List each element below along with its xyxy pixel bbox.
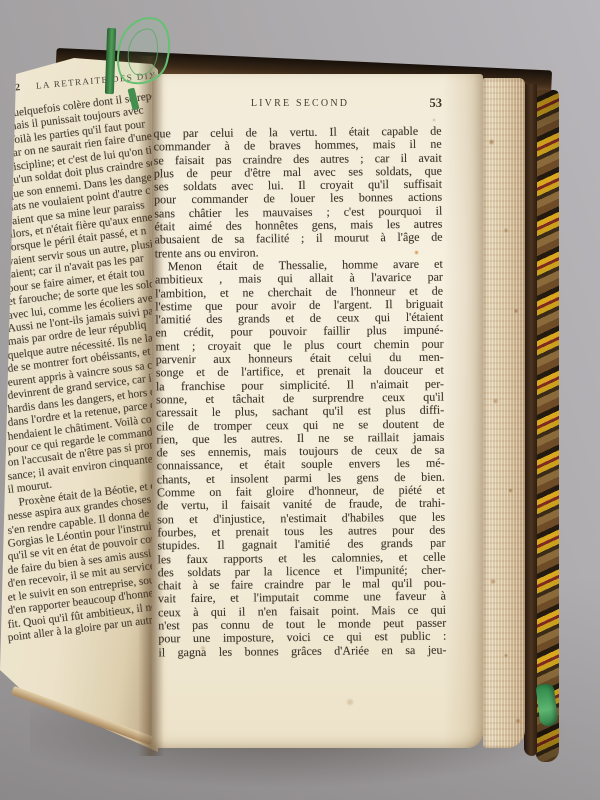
age-spot bbox=[432, 118, 436, 122]
right-page: LIVRE SECOND 53 que par celui de la vert… bbox=[152, 74, 483, 748]
ribbon-stem bbox=[105, 28, 116, 94]
left-page-number: 52 bbox=[10, 82, 21, 94]
board-edge-gap bbox=[524, 84, 537, 756]
age-spot bbox=[167, 557, 172, 562]
green-ribbon bbox=[96, 12, 180, 112]
left-page: 52LA RETRAITE DES DIX MIL quelquefois co… bbox=[0, 40, 158, 752]
right-page-header: LIVRE SECOND 53 bbox=[156, 98, 444, 112]
right-running-title: LIVRE SECOND bbox=[156, 98, 444, 109]
right-page-text: que par celui de la vertu. Il était capa… bbox=[153, 125, 446, 660]
age-spot bbox=[345, 698, 355, 706]
ribbon-leg bbox=[127, 87, 139, 110]
left-page-text: quelquefois colère dont il se repenmais … bbox=[8, 108, 162, 646]
age-spot bbox=[200, 645, 206, 651]
text-line: abusaient de sa facilité ; il mourut à l… bbox=[154, 231, 442, 247]
age-spot bbox=[414, 250, 419, 255]
photo-background: 52LA RETRAITE DES DIX MIL quelquefois co… bbox=[0, 0, 600, 800]
right-page-number: 53 bbox=[430, 96, 443, 111]
marbled-cover bbox=[536, 90, 559, 762]
fore-edge-page-stack bbox=[483, 78, 525, 748]
